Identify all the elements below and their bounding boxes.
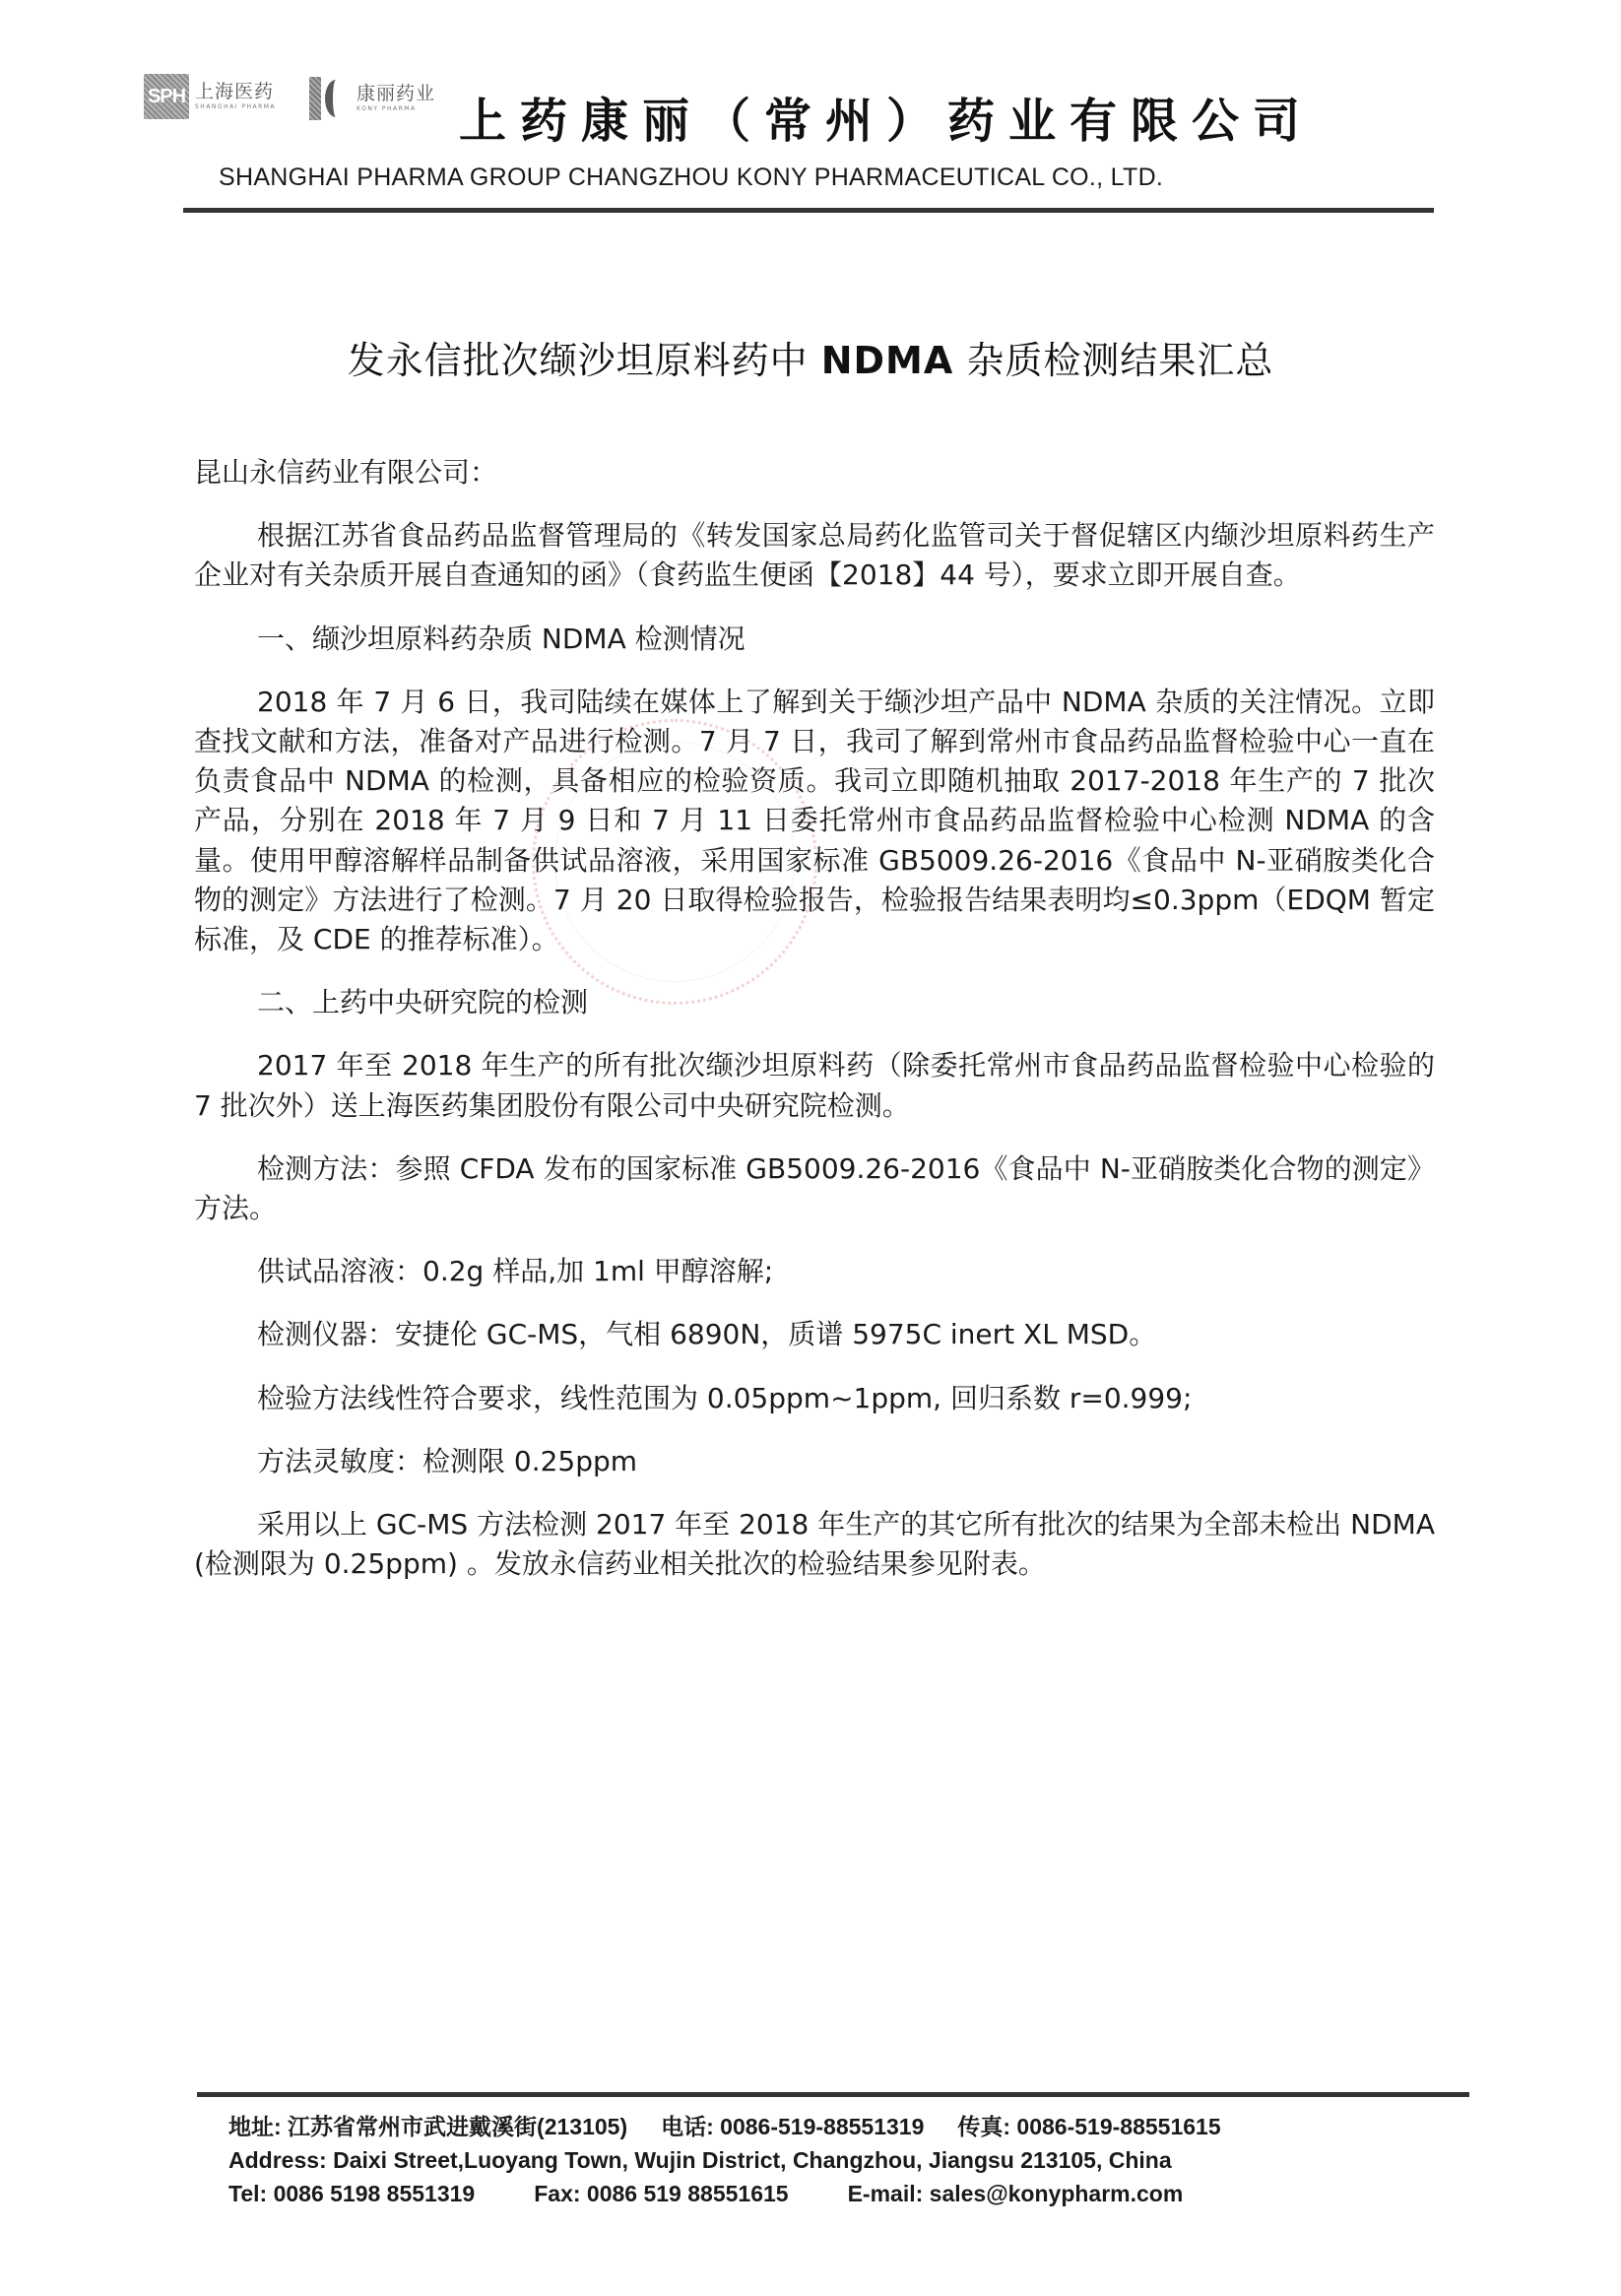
salutation: 昆山永信药业有限公司：: [194, 453, 1435, 492]
section-1-heading: 一、缬沙坦原料药杂质 NDMA 检测情况: [194, 620, 1435, 659]
kony-logo-cn: 康丽药业: [357, 85, 435, 103]
header-divider: [183, 208, 1434, 213]
footer-row-cn: 地址: 江苏省常州市武进戴溪街(213105) 电话: 0086-519-885…: [228, 2110, 1509, 2143]
document-title: 发永信批次缬沙坦原料药中 NDMA 杂质检测结果汇总: [0, 330, 1621, 384]
address-en: Address: Daixi Street,Luoyang Town, Wuji…: [228, 2143, 1172, 2177]
address-cn: 地址: 江苏省常州市武进戴溪街(213105): [228, 2110, 627, 2143]
test-instrument: 检测仪器：安捷伦 GC-MS，气相 6890N，质谱 5975C inert X…: [194, 1315, 1435, 1354]
company-name-cn: 上药康丽（常州）药业有限公司: [459, 83, 1314, 151]
fax-en: Fax: 0086 519 88551615: [534, 2177, 788, 2210]
section-2-paragraph: 2017 年至 2018 年生产的所有批次缬沙坦原料药（除委托常州市食品药品监督…: [194, 1046, 1435, 1125]
tel-en: Tel: 0086 5198 8551319: [228, 2177, 475, 2210]
sph-logo-en: SHANGHAI PHARMA: [195, 104, 276, 110]
kony-logo: 康丽药业 KONY PHARMA: [309, 77, 435, 120]
company-name-en: SHANGHAI PHARMA GROUP CHANGZHOU KONY PHA…: [219, 164, 1163, 192]
footer-row-address-en: Address: Daixi Street,Luoyang Town, Wuji…: [228, 2143, 1509, 2177]
test-method: 检测方法：参照 CFDA 发布的国家标准 GB5009.26-2016《食品中 …: [194, 1149, 1435, 1228]
footer-row-contact-en: Tel: 0086 5198 8551319 Fax: 0086 519 885…: [228, 2177, 1509, 2210]
intro-paragraph: 根据江苏省食品药品监督管理局的《转发国家总局药化监管司关于督促辖区内缬沙坦原料药…: [194, 516, 1435, 595]
method-linearity: 检验方法线性符合要求，线性范围为 0.05ppm~1ppm, 回归系数 r=0.…: [194, 1379, 1435, 1418]
kony-logo-swoosh-icon: [325, 80, 347, 117]
sph-logo: SPH 上海医药 SHANGHAI PHARMA: [144, 74, 276, 119]
section-2-heading: 二、上药中央研究院的检测: [194, 983, 1435, 1022]
fax-cn: 传真: 0086-519-88551615: [957, 2110, 1220, 2143]
footer-divider: [197, 2092, 1469, 2097]
sph-logo-text: 上海医药 SHANGHAI PHARMA: [195, 83, 276, 110]
title-ndma: NDMA: [821, 339, 954, 382]
title-suffix: 杂质检测结果汇总: [953, 339, 1273, 382]
letterhead: SPH 上海医药 SHANGHAI PHARMA 康丽药业 KONY PHARM…: [0, 0, 1621, 227]
title-prefix: 发永信批次缬沙坦原料药中: [348, 339, 821, 382]
section-1-paragraph: 2018 年 7 月 6 日，我司陆续在媒体上了解到关于缬沙坦产品中 NDMA …: [194, 683, 1435, 959]
footer-contact: 地址: 江苏省常州市武进戴溪街(213105) 电话: 0086-519-885…: [228, 2110, 1509, 2210]
document-body: 昆山永信药业有限公司： 根据江苏省食品药品监督管理局的《转发国家总局药化监管司关…: [194, 453, 1435, 1607]
kony-logo-bar-icon: [309, 77, 321, 120]
kony-logo-en: KONY PHARMA: [357, 106, 435, 112]
sph-logo-cn: 上海医药: [195, 83, 276, 101]
sph-logo-icon: SPH: [144, 74, 189, 119]
kony-logo-text: 康丽药业 KONY PHARMA: [357, 85, 435, 112]
conclusion-paragraph: 采用以上 GC-MS 方法检测 2017 年至 2018 年生产的其它所有批次的…: [194, 1505, 1435, 1584]
phone-cn: 电话: 0086-519-88551319: [661, 2110, 924, 2143]
email-link[interactable]: E-mail: sales@konypharm.com: [848, 2177, 1184, 2210]
method-sensitivity: 方法灵敏度：检测限 0.25ppm: [194, 1442, 1435, 1481]
sample-solution: 供试品溶液：0.2g 样品,加 1ml 甲醇溶解;: [194, 1252, 1435, 1291]
